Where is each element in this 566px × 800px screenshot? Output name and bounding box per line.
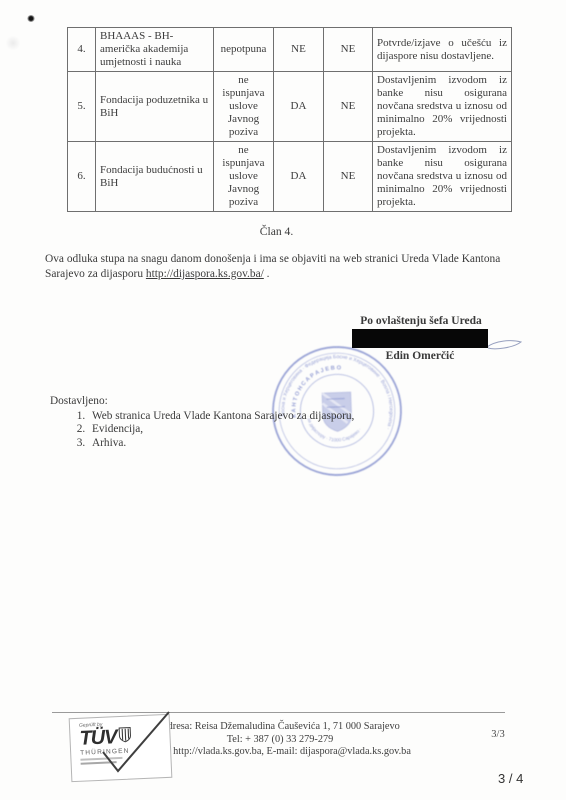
distribution-item: Evidencija, <box>88 423 354 437</box>
criteria-1-cell: NE <box>274 28 324 72</box>
row-number-cell: 6. <box>68 142 96 212</box>
criteria-1-cell: DA <box>274 72 324 142</box>
article-line-2-suffix: . <box>264 268 270 280</box>
signer-name: Edin Omerčić <box>352 350 488 362</box>
rejection-reason-cell: Potvrde/izjave o učešću iz dijaspore nis… <box>373 28 512 72</box>
dijaspora-url-link[interactable]: http://dijaspora.ks.gov.ba/ <box>146 268 264 280</box>
table-row: 6. Fondacija budućnosti u BiH ne ispunja… <box>68 142 512 212</box>
redacted-signature-box <box>352 329 488 348</box>
rejection-reason-cell: Dostavljenim izvodom iz banke nisu osigu… <box>373 142 512 212</box>
application-status-cell: ne ispunjava uslove Javnog poziva <box>214 142 274 212</box>
signature-authority-line: Po ovlaštenju šefa Ureda <box>351 315 491 327</box>
application-status-cell: ne ispunjava uslove Javnog poziva <box>214 72 274 142</box>
applicant-name-cell: Fondacija poduzetnika u BiH <box>96 72 214 142</box>
scan-smudge-artifact <box>5 36 21 50</box>
criteria-2-cell: NE <box>324 142 373 212</box>
tuv-checkmark-icon <box>95 703 177 783</box>
article-heading: Član 4. <box>45 225 508 238</box>
article-line-2-prefix: Sarajevo za dijasporu <box>45 268 146 280</box>
criteria-1-cell: DA <box>274 142 324 212</box>
distribution-list: Dostavljeno: Web stranica Ureda Vlade Ka… <box>50 395 354 450</box>
applicant-name-cell: BHAAAS - BH-američka akademija umjetnost… <box>96 28 214 72</box>
applicants-evaluation-table: 4. BHAAAS - BH-američka akademija umjetn… <box>67 27 512 212</box>
table-row: 5. Fondacija poduzetnika u BiH ne ispunj… <box>68 72 512 142</box>
criteria-2-cell: NE <box>324 72 373 142</box>
rejection-reason-cell: Dostavljenim izvodom iz banke nisu osigu… <box>373 72 512 142</box>
applicant-name-cell: Fondacija budućnosti u BiH <box>96 142 214 212</box>
application-status-cell: nepotpuna <box>214 28 274 72</box>
article-body: Ova odluka stupa na snagu danom donošenj… <box>45 252 520 281</box>
ink-dot-artifact <box>27 15 35 22</box>
distribution-heading: Dostavljeno: <box>50 395 354 409</box>
criteria-2-cell: NE <box>324 28 373 72</box>
pen-stroke-artifact <box>485 337 525 353</box>
viewer-page-indicator: 3 / 4 <box>498 771 548 786</box>
distribution-item: Web stranica Ureda Vlade Kantona Sarajev… <box>88 410 354 424</box>
row-number-cell: 4. <box>68 28 96 72</box>
distribution-item: Arhiva. <box>88 437 354 451</box>
table-row: 4. BHAAAS - BH-američka akademija umjetn… <box>68 28 512 72</box>
document-page-number: 3/3 <box>478 729 518 740</box>
document-page: 4. BHAAAS - BH-američka akademija umjetn… <box>0 0 566 800</box>
article-line-1: Ova odluka stupa na snagu danom donošenj… <box>45 253 500 265</box>
row-number-cell: 5. <box>68 72 96 142</box>
